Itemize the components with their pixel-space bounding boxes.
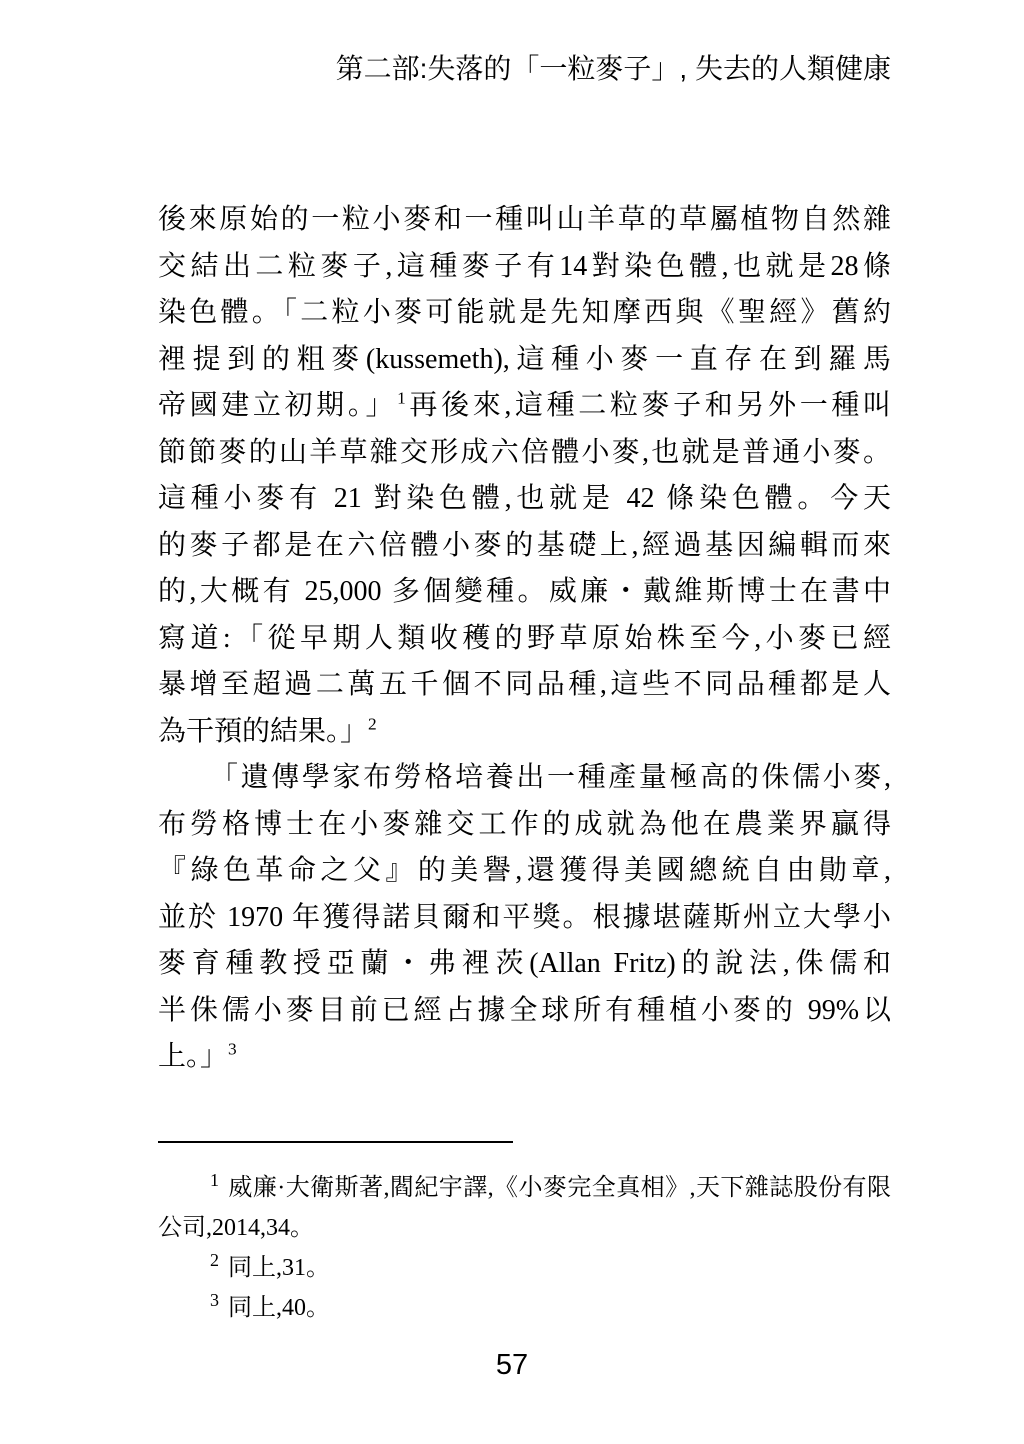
footnote-line: 2同上,31。 bbox=[158, 1248, 891, 1288]
text-line: 交結出二粒麥子,這種麥子有14對染色體,也就是28條 bbox=[158, 244, 891, 291]
text-line: 上。」3 bbox=[158, 1034, 891, 1081]
footnote-separator-rule bbox=[158, 1141, 513, 1143]
text-line: 「遺傳學家布勞格培養出一種產量極高的侏儒小麥, bbox=[158, 755, 891, 802]
footnote-reference: 1 bbox=[397, 389, 406, 408]
footnote-line: 公司,2014,34。 bbox=[158, 1208, 891, 1248]
footnote-reference: 3 bbox=[228, 1040, 237, 1059]
text-line: 節節麥的山羊草雜交形成六倍體小麥,也就是普通小麥。 bbox=[158, 430, 891, 477]
text-line: 裡提到的粗麥(kussemeth),這種小麥一直存在到羅馬 bbox=[158, 337, 891, 384]
running-header: 第二部:失落的「一粒麥子」, 失去的人類健康 bbox=[158, 52, 891, 86]
text-line: 後來原始的一粒小麥和一種叫山羊草的草屬植物自然雜 bbox=[158, 197, 891, 244]
footnote-reference: 2 bbox=[368, 714, 377, 733]
paragraph: 後來原始的一粒小麥和一種叫山羊草的草屬植物自然雜交結出二粒麥子,這種麥子有14對… bbox=[158, 197, 891, 755]
footnote-number: 1 bbox=[210, 1170, 219, 1190]
text-line: 並於 1970 年獲得諾貝爾和平獎。根據堪薩斯州立大學小 bbox=[158, 895, 891, 942]
text-line: 的,大概有 25,000 多個變種。威廉・戴維斯博士在書中 bbox=[158, 569, 891, 616]
text-line: 這種小麥有 21 對染色體,也就是 42 條染色體。今天 bbox=[158, 476, 891, 523]
footnote-line: 3同上,40。 bbox=[158, 1288, 891, 1328]
text-line: 為干預的結果。」2 bbox=[158, 709, 891, 756]
text-line: 的麥子都是在六倍體小麥的基礎上,經過基因編輯而來 bbox=[158, 523, 891, 570]
text-line: 暴增至超過二萬五千個不同品種,這些不同品種都是人 bbox=[158, 662, 891, 709]
text-line: 染色體。「二粒小麥可能就是先知摩西與《聖經》舊約 bbox=[158, 290, 891, 337]
text-line: 寫道:「從早期人類收穫的野草原始株至今,小麥已經 bbox=[158, 616, 891, 663]
footnote-list: 1威廉·大衛斯著,閻紀宇譯,《小麥完全真相》,天下雜誌股份有限公司,2014,3… bbox=[158, 1168, 891, 1328]
text-line: 『綠色革命之父』的美譽,還獲得美國總統自由勛章, bbox=[158, 848, 891, 895]
text-line: 半侏儒小麥目前已經占據全球所有種植小麥的 99%以 bbox=[158, 988, 891, 1035]
footnote-number: 3 bbox=[210, 1290, 219, 1310]
text-line: 布勞格博士在小麥雜交工作的成就為他在農業界贏得 bbox=[158, 802, 891, 849]
footnote-number: 2 bbox=[210, 1250, 219, 1270]
text-line: 麥育種教授亞蘭・弗裡茨(Allan Fritz)的說法,侏儒和 bbox=[158, 941, 891, 988]
body-text: 後來原始的一粒小麥和一種叫山羊草的草屬植物自然雜交結出二粒麥子,這種麥子有14對… bbox=[158, 197, 891, 1081]
footnote-line: 1威廉·大衛斯著,閻紀宇譯,《小麥完全真相》,天下雜誌股份有限 bbox=[158, 1168, 891, 1208]
book-page: 第二部:失落的「一粒麥子」, 失去的人類健康 後來原始的一粒小麥和一種叫山羊草的… bbox=[0, 0, 1024, 1444]
text-line: 帝國建立初期。」1再後來,這種二粒麥子和另外一種叫 bbox=[158, 383, 891, 430]
footnote-item: 1威廉·大衛斯著,閻紀宇譯,《小麥完全真相》,天下雜誌股份有限公司,2014,3… bbox=[158, 1168, 891, 1248]
footnote-item: 3同上,40。 bbox=[158, 1288, 891, 1328]
footnote-item: 2同上,31。 bbox=[158, 1248, 891, 1288]
paragraph: 「遺傳學家布勞格培養出一種產量極高的侏儒小麥,布勞格博士在小麥雜交工作的成就為他… bbox=[158, 755, 891, 1081]
page-number: 57 bbox=[0, 1348, 1024, 1382]
